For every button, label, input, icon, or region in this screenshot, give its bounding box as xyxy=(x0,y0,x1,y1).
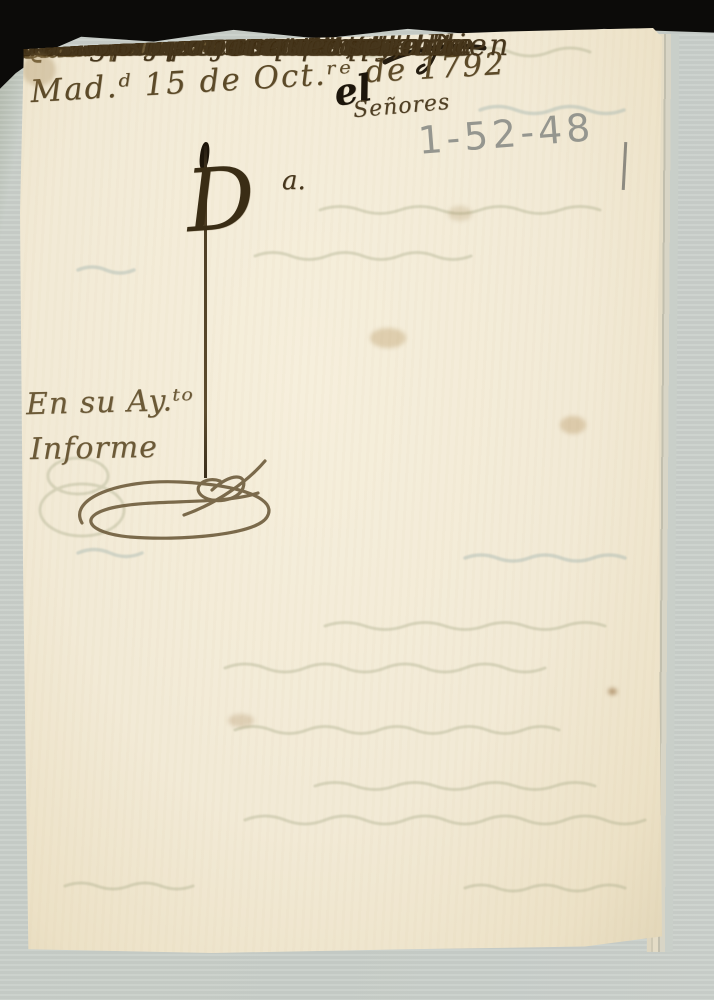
margin-note-line: En su Ay.ᵗᵒ xyxy=(26,383,195,422)
stain xyxy=(448,206,472,221)
manuscript-page: Mad.ᵈ 15 de Oct.ʳᵉ de 1792 el Señores 1-… xyxy=(20,28,662,953)
stain xyxy=(228,714,254,727)
manuscript-photo: Mad.ᵈ 15 de Oct.ʳᵉ de 1792 el Señores 1-… xyxy=(0,0,714,1000)
rubric-flourish xyxy=(60,443,310,558)
initial-superscript: a. xyxy=(282,166,306,196)
stain xyxy=(22,54,56,86)
stain xyxy=(560,416,586,434)
stain xyxy=(370,328,406,348)
initial-capital: D xyxy=(183,148,259,253)
stain xyxy=(608,688,617,695)
